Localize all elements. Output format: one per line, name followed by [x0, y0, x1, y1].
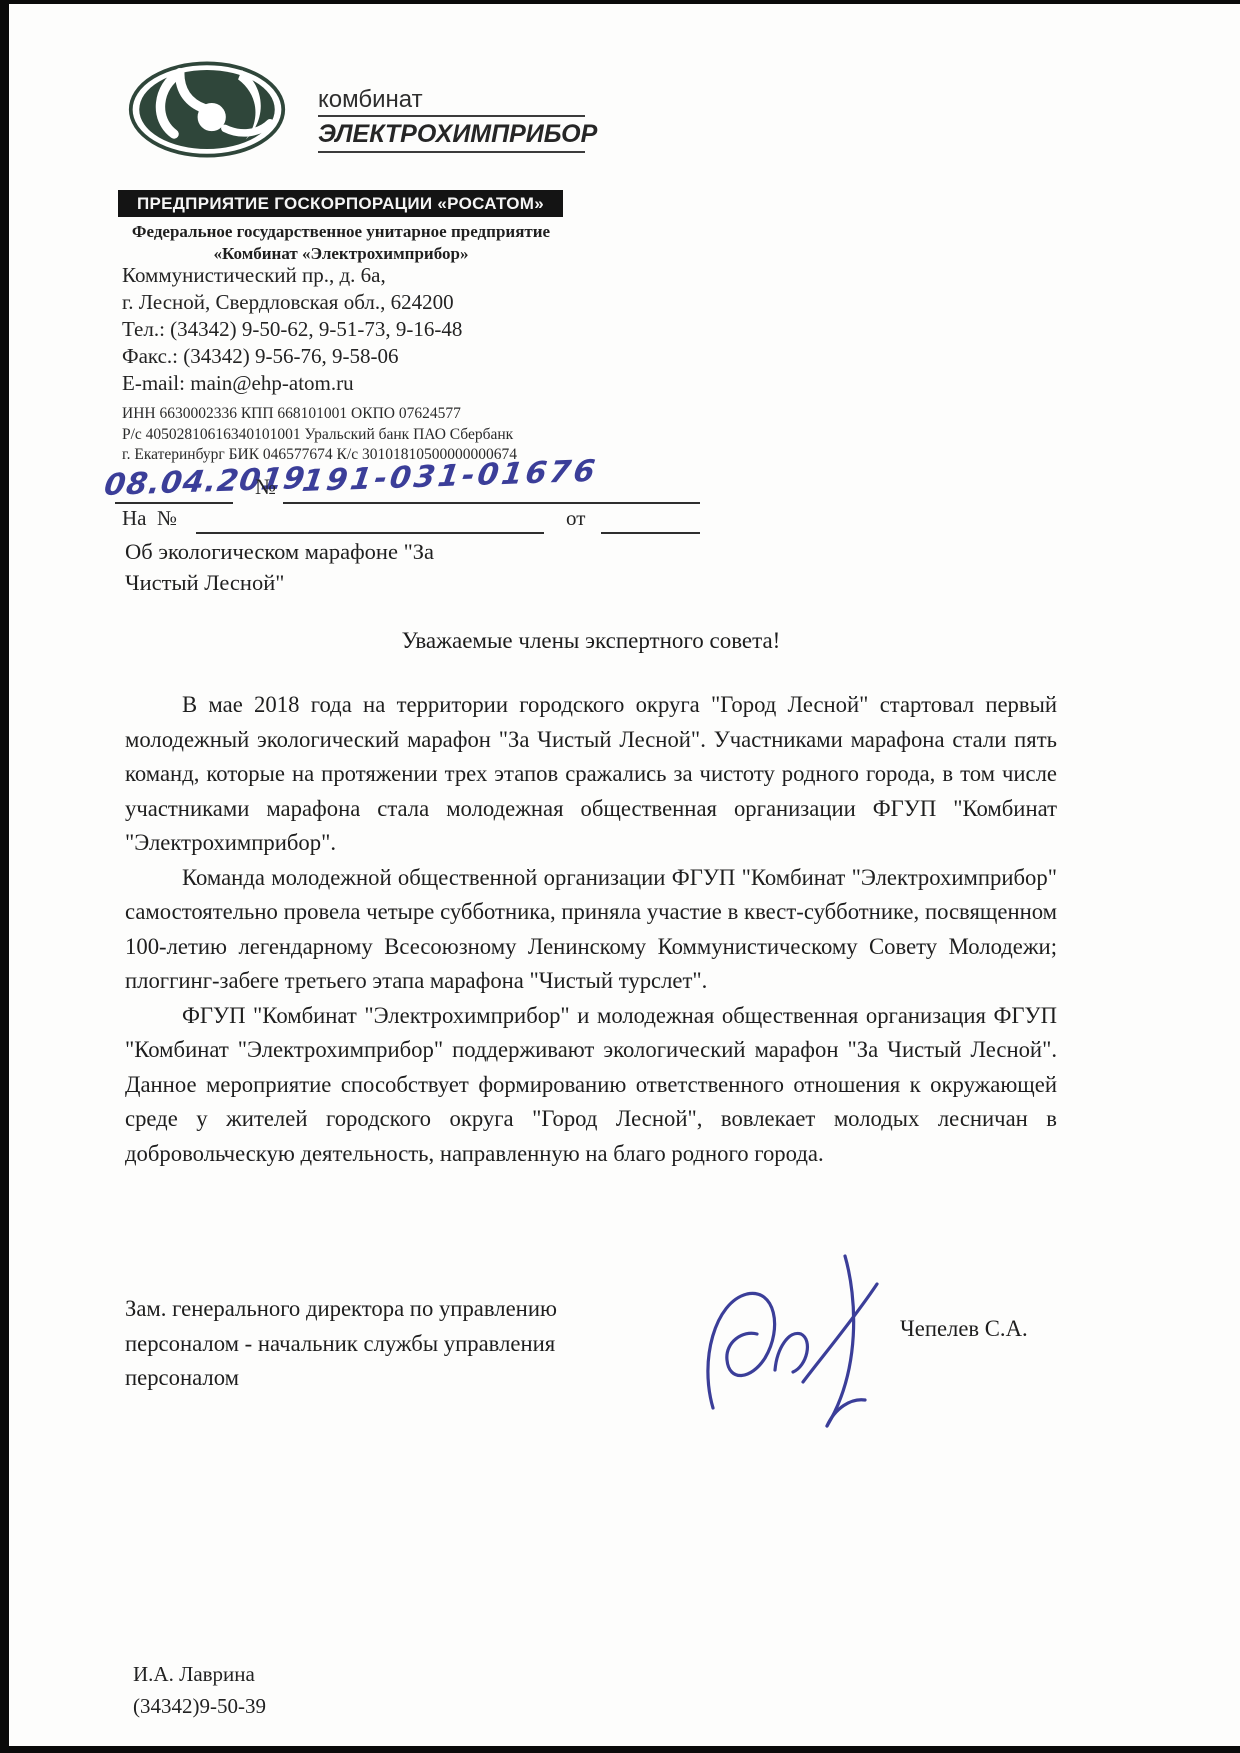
requisites-block: ИНН 6630002336 КПП 668101001 ОКПО 076245… [122, 404, 517, 466]
number-sign: № [255, 474, 276, 500]
requisites-inn: ИНН 6630002336 КПП 668101001 ОКПО 076245… [122, 404, 517, 425]
executor-block: И.А. Лаврина (34342)9-50-39 [133, 1658, 266, 1722]
address-city: г. Лесной, Свердловская обл., 624200 [122, 289, 462, 316]
signer-position-line3: персоналом [125, 1361, 665, 1396]
address-street: Коммунистический пр., д. 6а, [122, 262, 462, 289]
email-line: E-mail: main@ehp-atom.ru [122, 370, 462, 397]
requisites-account: Р/с 40502810616340101001 Уральский банк … [122, 425, 517, 446]
salutation: Уважаемые члены экспертного совета! [125, 628, 1057, 654]
body-paragraph-1: В мае 2018 года на территории городского… [125, 688, 1057, 861]
org-name-line2: «Комбинат «Электрохимприбор» [95, 244, 587, 264]
signer-position-line2: персоналом - начальник службы управления [125, 1327, 665, 1362]
body-paragraph-2: Команда молодежной общественной организа… [125, 861, 1057, 999]
signer-position-block: Зам. генерального директора по управлени… [125, 1292, 665, 1396]
handwritten-date: 08.04.2019 [102, 461, 308, 503]
reply-underline [196, 503, 544, 534]
brand-block: комбинат ЭЛЕКТРОХИМПРИБОР [318, 86, 585, 153]
letter-body: В мае 2018 года на территории городского… [125, 688, 1057, 1171]
scan-border-left [0, 0, 9, 1753]
subject-line2: Чистый Лесной" [125, 567, 434, 598]
from-underline [601, 503, 700, 534]
from-label: от [566, 506, 585, 531]
scanned-letter-page: комбинат ЭЛЕКТРОХИМПРИБОР ПРЕДПРИЯТИЕ ГО… [0, 0, 1240, 1753]
rosatom-banner: ПРЕДПРИЯТИЕ ГОСКОРПОРАЦИИ «РОСАТОМ» [118, 190, 563, 217]
phone-line: Тел.: (34342) 9-50-62, 9-51-73, 9-16-48 [122, 316, 462, 343]
scan-border-top [0, 0, 1240, 4]
address-block: Коммунистический пр., д. 6а, г. Лесной, … [122, 262, 462, 397]
reply-to-label: На № [122, 506, 177, 531]
body-paragraph-3: ФГУП "Комбинат "Электрохимприбор" и моло… [125, 999, 1057, 1172]
brand-word-kombinat: комбинат [318, 86, 585, 117]
signer-name: Чепелев С.А. [900, 1316, 1028, 1342]
fax-line: Факс.: (34342) 9-56-76, 9-58-06 [122, 343, 462, 370]
executor-name: И.А. Лаврина [133, 1658, 266, 1690]
subject-line1: Об экологическом марафоне "За [125, 536, 434, 567]
org-name-line1: Федеральное государственное унитарное пр… [95, 222, 587, 242]
scan-border-bottom [0, 1746, 1240, 1753]
electrochempribor-emblem-icon [127, 60, 287, 160]
signer-position-line1: Зам. генерального директора по управлени… [125, 1292, 665, 1327]
executor-phone: (34342)9-50-39 [133, 1690, 266, 1722]
subject-block: Об экологическом марафоне "За Чистый Лес… [125, 536, 434, 598]
brand-word-elektrohimpribor: ЭЛЕКТРОХИМПРИБОР [318, 117, 585, 153]
handwritten-signature-icon [695, 1250, 905, 1440]
